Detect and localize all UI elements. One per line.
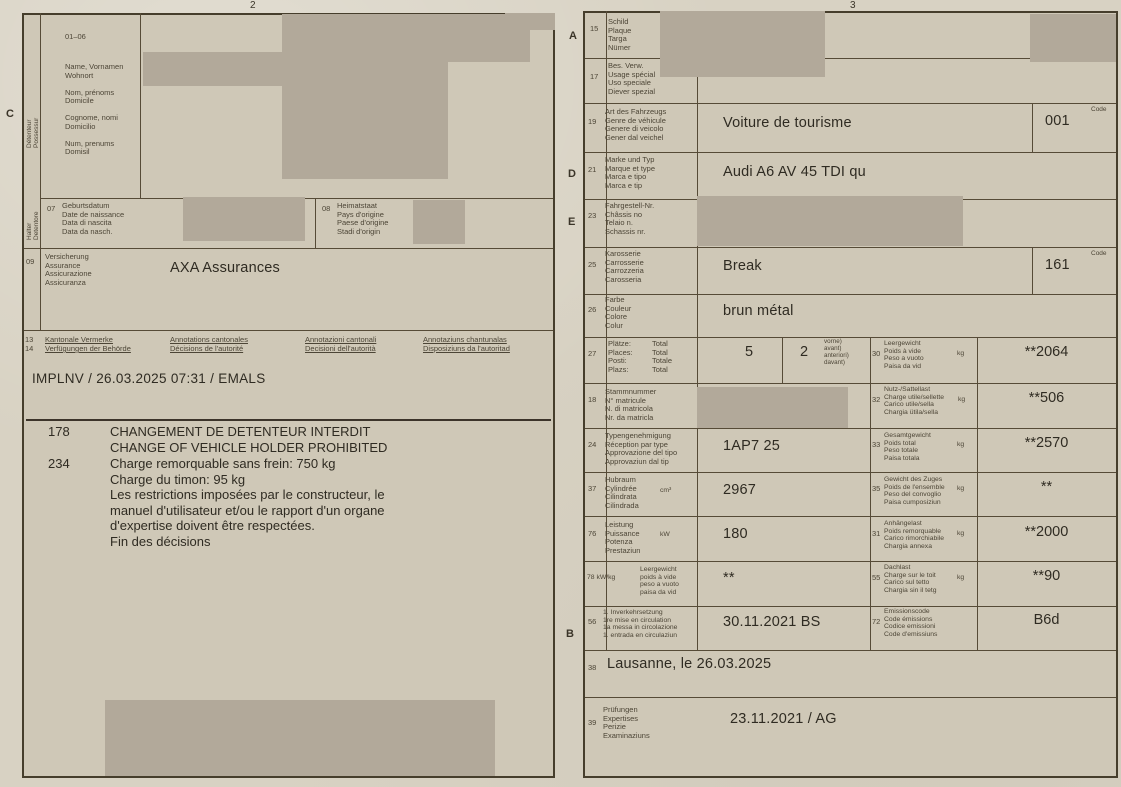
vehicle-registration-scan: 2 C Détenteur Possessur Halter Detentore… bbox=[0, 0, 1121, 787]
grid-line bbox=[697, 11, 698, 650]
field-35-unit: kg bbox=[957, 485, 964, 492]
grid-line bbox=[585, 697, 1116, 698]
field-72-label: Emissionscode Code émissions Codice emis… bbox=[884, 608, 937, 638]
grid-line bbox=[24, 248, 553, 249]
field-09-label: Versicherung Assurance Assicurazione Ass… bbox=[45, 253, 92, 287]
seats-front-value: 2 bbox=[800, 344, 808, 360]
field-07-number: 07 bbox=[47, 205, 55, 214]
grid-line bbox=[24, 330, 553, 331]
field-08-number: 08 bbox=[322, 205, 330, 214]
field-35-label: Gewicht des Zuges Poids de l'ensemble Pe… bbox=[884, 476, 945, 506]
insurance-value: AXA Assurances bbox=[170, 260, 280, 276]
field-33-number: 33 bbox=[872, 441, 880, 450]
field-17-number: 17 bbox=[590, 73, 598, 82]
field-26-label: Farbe Couleur Colore Colur bbox=[605, 296, 631, 330]
field-37-number: 37 bbox=[588, 485, 596, 494]
field-39-label: Prüfungen Expertises Perizie Examinaziun… bbox=[603, 706, 650, 740]
grid-line bbox=[585, 103, 1116, 104]
field-27-number: 27 bbox=[588, 350, 596, 359]
field-30-unit: kg bbox=[957, 350, 964, 357]
seats-total-value: 5 bbox=[745, 344, 753, 360]
field-08-label: Heimatstaat Pays d'origine Paese d'origi… bbox=[337, 202, 388, 236]
margin-letter-b: B bbox=[566, 628, 574, 640]
decisions-rule bbox=[26, 419, 551, 421]
grid-line bbox=[782, 337, 783, 383]
field-33-unit: kg bbox=[957, 441, 964, 448]
decision-234-code: 234 bbox=[48, 456, 70, 472]
grid-line bbox=[1032, 247, 1033, 294]
redaction-box bbox=[183, 197, 305, 241]
power-weight-value: ** bbox=[723, 570, 735, 586]
decision-234-text: Charge remorquable sans frein: 750 kg Ch… bbox=[110, 456, 385, 549]
towing-weight-value: **2000 bbox=[977, 524, 1116, 540]
field-15-label: Schild Plaque Targa Nümer bbox=[608, 18, 631, 52]
grid-line bbox=[585, 516, 1116, 517]
field-25-label: Karosserie Carrosserie Carrozzeria Caros… bbox=[605, 250, 644, 284]
field-76-label: Leistung Puissance Potenza Prestaziun bbox=[605, 521, 640, 555]
payload-value: **506 bbox=[977, 390, 1116, 406]
grid-line bbox=[585, 337, 1116, 338]
field-55-number: 55 bbox=[872, 574, 880, 583]
grid-line bbox=[315, 198, 316, 248]
redaction-box bbox=[660, 11, 825, 77]
redaction-box bbox=[1030, 14, 1116, 62]
field-01-06-labels: Name, Vornamen Wohnort Nom, prénoms Domi… bbox=[65, 63, 123, 157]
decision-178-text: CHANGEMENT DE DETENTEUR INTERDIT CHANGE … bbox=[110, 424, 387, 455]
page-number-right: 3 bbox=[850, 0, 856, 11]
grid-line bbox=[40, 13, 41, 330]
field-38-number: 38 bbox=[588, 664, 596, 673]
field-24-label: Typengenehmigung Réception par type Appr… bbox=[605, 432, 677, 466]
field-25-number: 25 bbox=[588, 261, 596, 270]
field-18-label: Stammnummer N° matricule N. di matricola… bbox=[605, 388, 656, 422]
field-21-label: Marke und Typ Marque et type Marca e tip… bbox=[605, 156, 655, 190]
field-31-number: 31 bbox=[872, 530, 880, 539]
field-35-number: 35 bbox=[872, 485, 880, 494]
redaction-box bbox=[697, 387, 848, 428]
redaction-box bbox=[413, 200, 465, 244]
field-15-number: 15 bbox=[590, 25, 598, 34]
field-76-unit: kW bbox=[660, 531, 670, 538]
body-type-value: Break bbox=[723, 258, 762, 274]
grid-line bbox=[1032, 103, 1033, 152]
grid-line bbox=[585, 606, 1116, 607]
field-55-unit: kg bbox=[957, 574, 964, 581]
grid-line bbox=[585, 383, 1116, 384]
field-78-number: 78 kW/kg bbox=[587, 574, 615, 582]
field-27-label-right: Total Total Totale Total bbox=[652, 340, 672, 374]
make-type-value: Audi A6 AV 45 TDI qu bbox=[723, 164, 866, 180]
roof-load-value: **90 bbox=[977, 568, 1116, 584]
field-17-label: Bes. Verw. Usage spécial Uso speciale Di… bbox=[608, 62, 655, 96]
code-label: Code bbox=[1091, 106, 1107, 113]
redaction-box bbox=[697, 196, 963, 246]
grid-line bbox=[585, 247, 1116, 248]
field-19-label: Art des Fahrzeugs Genre de véhicule Gene… bbox=[605, 108, 666, 142]
field-19-number: 19 bbox=[588, 118, 596, 127]
grid-line bbox=[585, 561, 1116, 562]
power-value: 180 bbox=[723, 526, 748, 542]
body-type-code: 161 bbox=[1045, 257, 1070, 273]
empty-weight-value: **2064 bbox=[977, 344, 1116, 360]
field-37-unit: cm³ bbox=[660, 487, 671, 494]
remarks-header-fr: Annotations cantonales Décisions de l'au… bbox=[170, 335, 248, 353]
vehicle-type-code: 001 bbox=[1045, 113, 1070, 129]
inspection-value: 23.11.2021 / AG bbox=[730, 711, 837, 727]
grid-line bbox=[585, 650, 1116, 651]
code-label: Code bbox=[1091, 250, 1107, 257]
seats-front-note: vorne) avant) anteriori) davant) bbox=[824, 339, 849, 367]
redaction-box bbox=[282, 57, 448, 179]
field-01-06-code: 01–06 bbox=[65, 33, 86, 42]
margin-letter-a: A bbox=[569, 30, 577, 42]
decision-178-code: 178 bbox=[48, 424, 70, 440]
redaction-box bbox=[105, 700, 495, 776]
margin-letter-e: E bbox=[568, 216, 575, 228]
redaction-box bbox=[282, 14, 530, 62]
margin-letter-c: C bbox=[6, 108, 14, 120]
field-21-number: 21 bbox=[588, 166, 596, 175]
margin-letter-d: D bbox=[568, 168, 576, 180]
field-32-number: 32 bbox=[872, 396, 880, 405]
field-39-number: 39 bbox=[588, 719, 596, 728]
field-56-number: 56 bbox=[588, 618, 596, 627]
field-23-label: Fahrgestell-Nr. Châssis no Telaio n. Sch… bbox=[605, 202, 654, 236]
sidebar-holder-label-de: Halter Detentore bbox=[26, 211, 40, 240]
field-31-unit: kg bbox=[957, 530, 964, 537]
field-27-label-left: Plätze: Places: Posti: Plazs: bbox=[608, 340, 633, 374]
remarks-header-de: Kantonale Vermerke Verfügungen der Behör… bbox=[45, 335, 131, 353]
displacement-value: 2967 bbox=[723, 482, 756, 498]
field-32-label: Nutz-/Sattellast Charge utile/sellette C… bbox=[884, 386, 944, 416]
total-weight-value: **2570 bbox=[977, 435, 1116, 451]
train-weight-value: ** bbox=[977, 479, 1116, 495]
field-09-number: 09 bbox=[26, 258, 34, 267]
field-07-label: Geburtsdatum Date de naissance Data di n… bbox=[62, 202, 124, 236]
grid-line bbox=[140, 13, 141, 198]
emissions-code-value: B6d bbox=[977, 612, 1116, 628]
field-23-number: 23 bbox=[588, 212, 596, 221]
field-13-14-numbers: 13 14 bbox=[25, 336, 33, 353]
remarks-header-it: Annotazioni cantonali Decisioni dell'aut… bbox=[305, 335, 376, 353]
remarks-header-rm: Annotaziuns chantunalas Disposiziuns da … bbox=[423, 335, 510, 353]
field-31-label: Anhängelast Poids remorquable Carico rim… bbox=[884, 520, 944, 550]
vehicle-type-value: Voiture de tourisme bbox=[723, 115, 852, 131]
field-56-label: 1. Inverkehrsetzung 1re mise en circulat… bbox=[603, 609, 677, 639]
color-value: brun métal bbox=[723, 303, 794, 319]
cantonal-entry: IMPLNV / 26.03.2025 07:31 / EMALS bbox=[32, 371, 266, 386]
field-18-number: 18 bbox=[588, 396, 596, 405]
field-32-unit: kg bbox=[958, 396, 965, 403]
field-78-label: Leergewicht poids à vide peso a vuoto pa… bbox=[640, 566, 679, 596]
field-72-number: 72 bbox=[872, 618, 880, 627]
field-33-label: Gesamtgewicht Poids total Peso totale Pa… bbox=[884, 432, 931, 462]
field-37-label: Hubraum Cylindrée Cilindrata Cilindrada bbox=[605, 476, 639, 510]
grid-line bbox=[585, 294, 1116, 295]
first-registration-value: 30.11.2021 BS bbox=[723, 614, 820, 630]
grid-line bbox=[585, 428, 1116, 429]
field-30-number: 30 bbox=[872, 350, 880, 359]
sidebar-holder-label-fr: Détenteur Possessur bbox=[26, 118, 40, 148]
field-55-label: Dachlast Charge sur le toit Carico sul t… bbox=[884, 564, 937, 594]
field-76-number: 76 bbox=[588, 530, 596, 539]
page-number-left: 2 bbox=[250, 0, 256, 11]
redaction-box bbox=[505, 13, 555, 30]
type-approval-value: 1AP7 25 bbox=[723, 438, 780, 454]
issue-place-date-value: Lausanne, le 26.03.2025 bbox=[607, 656, 771, 672]
grid-line bbox=[585, 152, 1116, 153]
grid-line bbox=[585, 472, 1116, 473]
field-30-label: Leergewicht Poids à vide Peso a vuoto Pa… bbox=[884, 340, 924, 370]
field-26-number: 26 bbox=[588, 306, 596, 315]
field-24-number: 24 bbox=[588, 441, 596, 450]
